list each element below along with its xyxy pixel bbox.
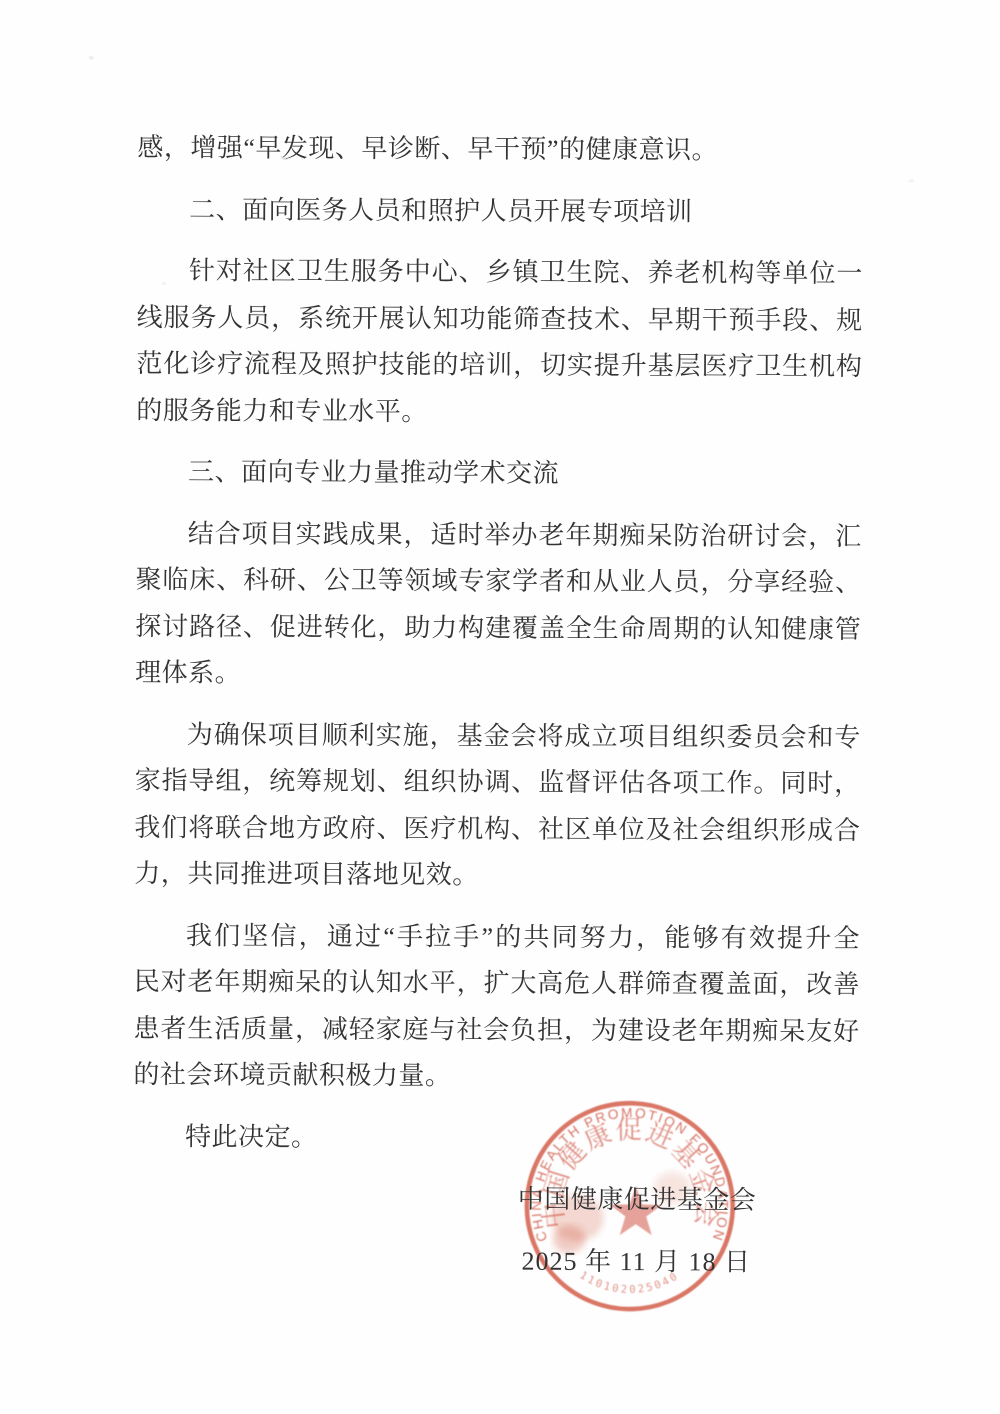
signature-date: 2025 年 11 月 18 日 [132,1236,858,1286]
body-line: 我们将联合地方政府、医疗机构、社区单位及社会组织形成合 [134,804,860,854]
body-line: 的社会环境贡献积极力量。 [133,1052,859,1102]
scan-speck [89,56,94,60]
body-line: 聚临床、科研、公卫等领域专家学者和从业人员，分享经验、 [135,557,861,607]
document-body: 感，增强“早发现、早诊断、早干预”的健康意识。 二、面向医务人员和照护人员开展专… [132,125,863,1286]
body-line: 范化诊疗流程及照护技能的培训，切实提升基层医疗卫生机构 [136,341,862,391]
body-line: 探讨路径、促进转化，助力构建覆盖全生命周期的认知健康管 [135,603,861,653]
body-line: 我们坚信，通过“手拉手”的共同努力，能够有效提升全 [134,912,860,962]
scanned-document-page: CHINA HEALTH PROMOTION FOUNDATION 中国健康促进… [0,0,1000,1414]
scan-speck [908,179,915,183]
signature-org: 中国健康促进基金会 [133,1175,859,1225]
body-line: 民对老年期痴呆的认知水平，扩大高危人群筛查覆盖面，改善 [134,959,860,1009]
section-heading: 三、面向专业力量推动学术交流 [136,449,862,499]
body-line: 理体系。 [135,650,861,700]
body-line: 结合项目实践成果，适时举办老年期痴呆防治研讨会，汇 [136,510,862,560]
body-line: 家指导组，统筹规划、组织协调、监督评估各项工作。同时， [135,758,861,808]
closing-statement: 特此决定。 [133,1113,859,1163]
body-line: 针对社区卫生服务中心、乡镇卫生院、养老机构等单位一 [137,248,863,298]
body-line: 的服务能力和专业水平。 [136,387,862,437]
body-line: 感，增强“早发现、早诊断、早干预”的健康意识。 [137,125,863,175]
body-line: 力，共同推进项目落地见效。 [134,851,860,901]
body-line: 患者生活质量，减轻家庭与社会负担，为建设老年期痴呆友好 [133,1005,859,1055]
body-line: 为确保项目顺利实施，基金会将成立项目组织委员会和专 [135,711,861,761]
section-heading: 二、面向医务人员和照护人员开展专项培训 [137,186,863,236]
scan-layer: CHINA HEALTH PROMOTION FOUNDATION 中国健康促进… [0,0,1000,1414]
body-line: 线服务人员，系统开展认知功能筛查技术、早期干预手段、规 [137,294,863,344]
